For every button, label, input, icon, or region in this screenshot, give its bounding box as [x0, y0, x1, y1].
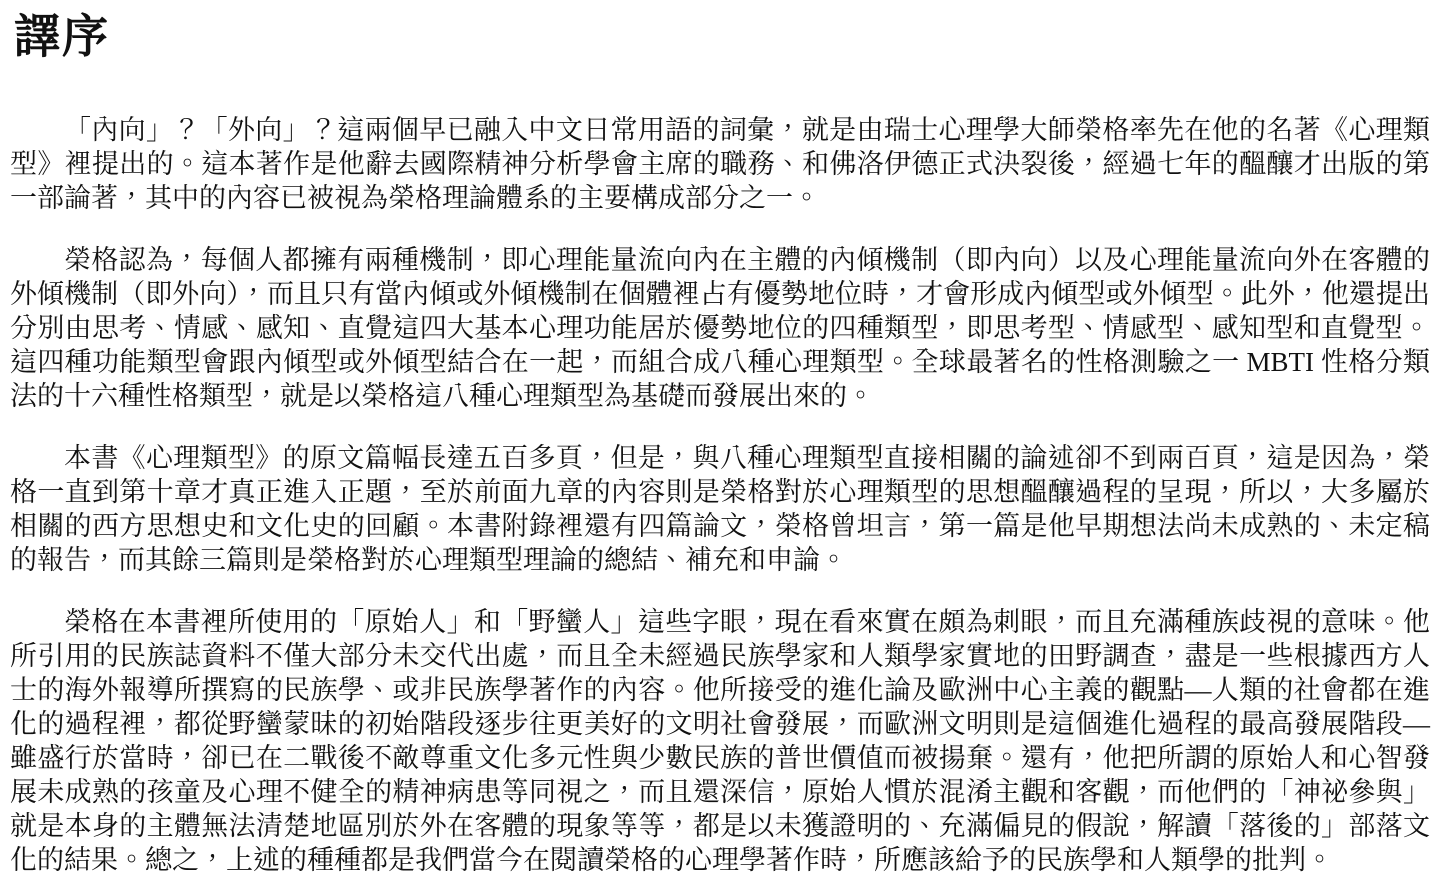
document-page: 譯序 「內向」？「外向」？這兩個早已融入中文日常用語的詞彙，就是由瑞士心理學大師… — [0, 0, 1440, 893]
paragraph-4: 榮格在本書裡所使用的「原始人」和「野蠻人」這些字眼，現在看來實在頗為刺眼，而且充… — [10, 605, 1430, 877]
paragraph-2: 榮格認為，每個人都擁有兩種機制，即心理能量流向內在主體的內傾機制（即內向）以及心… — [10, 243, 1430, 413]
paragraph-1: 「內向」？「外向」？這兩個早已融入中文日常用語的詞彙，就是由瑞士心理學大師榮格率… — [10, 113, 1430, 215]
page-title: 譯序 — [14, 12, 1430, 63]
paragraph-3: 本書《心理類型》的原文篇幅長達五百多頁，但是，與八種心理類型直接相關的論述卻不到… — [10, 441, 1430, 577]
